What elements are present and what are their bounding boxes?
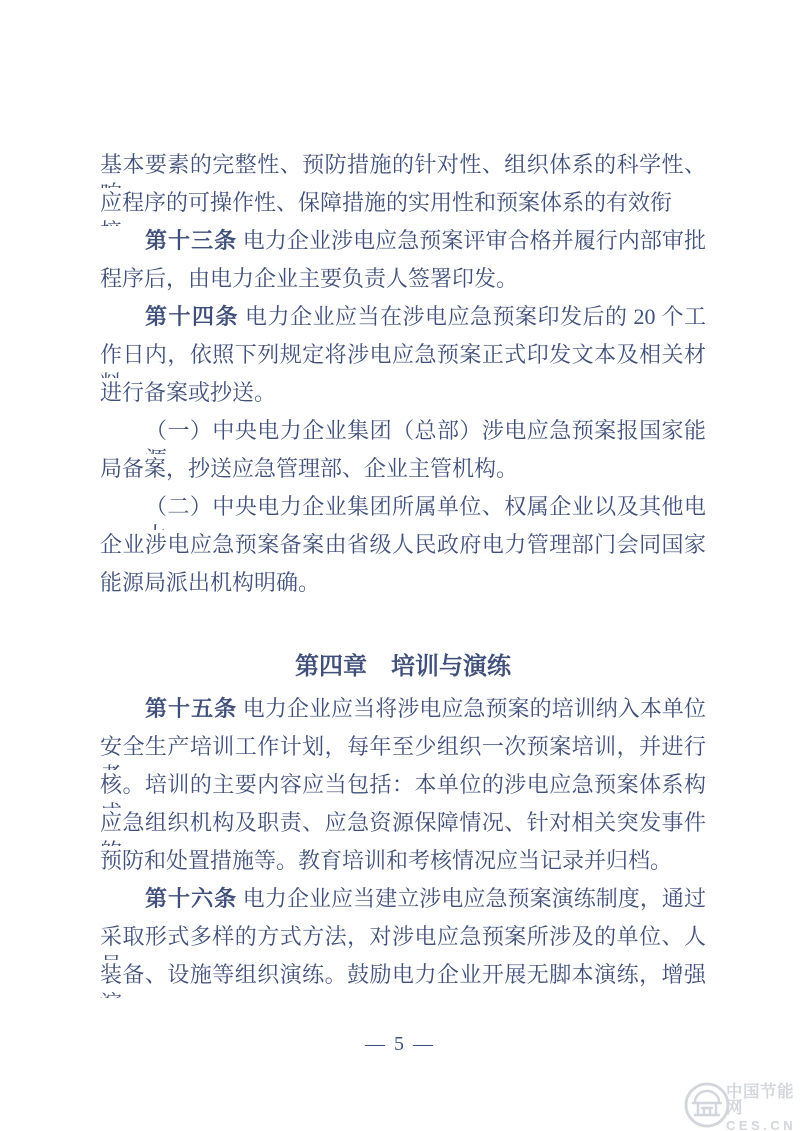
watermark-site-name: 中国节能网: [726, 1084, 800, 1117]
watermark-site-domain: CES.CN: [726, 1119, 800, 1131]
text-line: 程序后，由电力企业主要负责人签署印发。: [100, 264, 706, 302]
text-line: （二）中央电力企业集团所属单位、权属企业以及其他电力: [100, 492, 706, 530]
text-line: 应程序的可操作性、保障措施的实用性和预案体系的有效衔接。: [100, 188, 706, 226]
document-page: 基本要素的完整性、预防措施的针对性、组织体系的科学性、响应程序的可操作性、保障措…: [0, 0, 800, 1131]
article-number-label: 第十三条: [145, 228, 237, 253]
text-line: 采取形式多样的方式方法，对涉电应急预案所涉及的单位、人员、: [100, 922, 706, 960]
text-line: 应急组织机构及职责、应急资源保障情况、针对相关突发事件的: [100, 808, 706, 846]
text-line: （一）中央电力企业集团（总部）涉电应急预案报国家能源: [100, 416, 706, 454]
text-line: 局备案，抄送应急管理部、企业主管机构。: [100, 454, 706, 492]
document-body: 基本要素的完整性、预防措施的针对性、组织体系的科学性、响应程序的可操作性、保障措…: [100, 150, 706, 998]
text-line: 装备、设施等组织演练。鼓励电力企业开展无脚本演练，增强演: [100, 960, 706, 998]
text-line: 基本要素的完整性、预防措施的针对性、组织体系的科学性、响: [100, 150, 706, 188]
chapter-heading: 第四章 培训与演练: [100, 652, 706, 694]
watermark: 中国节能网 CES.CN: [682, 1080, 800, 1131]
text-line: 第十三条 电力企业涉电应急预案评审合格并履行内部审批: [100, 226, 706, 264]
article-number-label: 第十六条: [145, 886, 237, 911]
text-line: 核。培训的主要内容应当包括：本单位的涉电应急预案体系构成、: [100, 770, 706, 808]
ces-gate-logo-icon: [682, 1080, 732, 1131]
text-line: 安全生产培训工作计划，每年至少组织一次预案培训，并进行考: [100, 732, 706, 770]
text-line: 作日内，依照下列规定将涉电应急预案正式印发文本及相关材料: [100, 340, 706, 378]
page-number: — 5 —: [0, 1033, 800, 1056]
text-line: 企业涉电应急预案备案由省级人民政府电力管理部门会同国家: [100, 530, 706, 568]
text-line: 第十五条 电力企业应当将涉电应急预案的培训纳入本单位: [100, 694, 706, 732]
text-line: 进行备案或抄送。: [100, 378, 706, 416]
text-line: 预防和处置措施等。教育培训和考核情况应当记录并归档。: [100, 846, 706, 884]
article-number-label: 第十四条: [145, 304, 239, 329]
article-number-label: 第十五条: [145, 696, 237, 721]
text-line: 第十六条 电力企业应当建立涉电应急预案演练制度，通过: [100, 884, 706, 922]
text-line: 第十四条 电力企业应当在涉电应急预案印发后的 20 个工: [100, 302, 706, 340]
text-line: 能源局派出机构明确。: [100, 568, 706, 606]
